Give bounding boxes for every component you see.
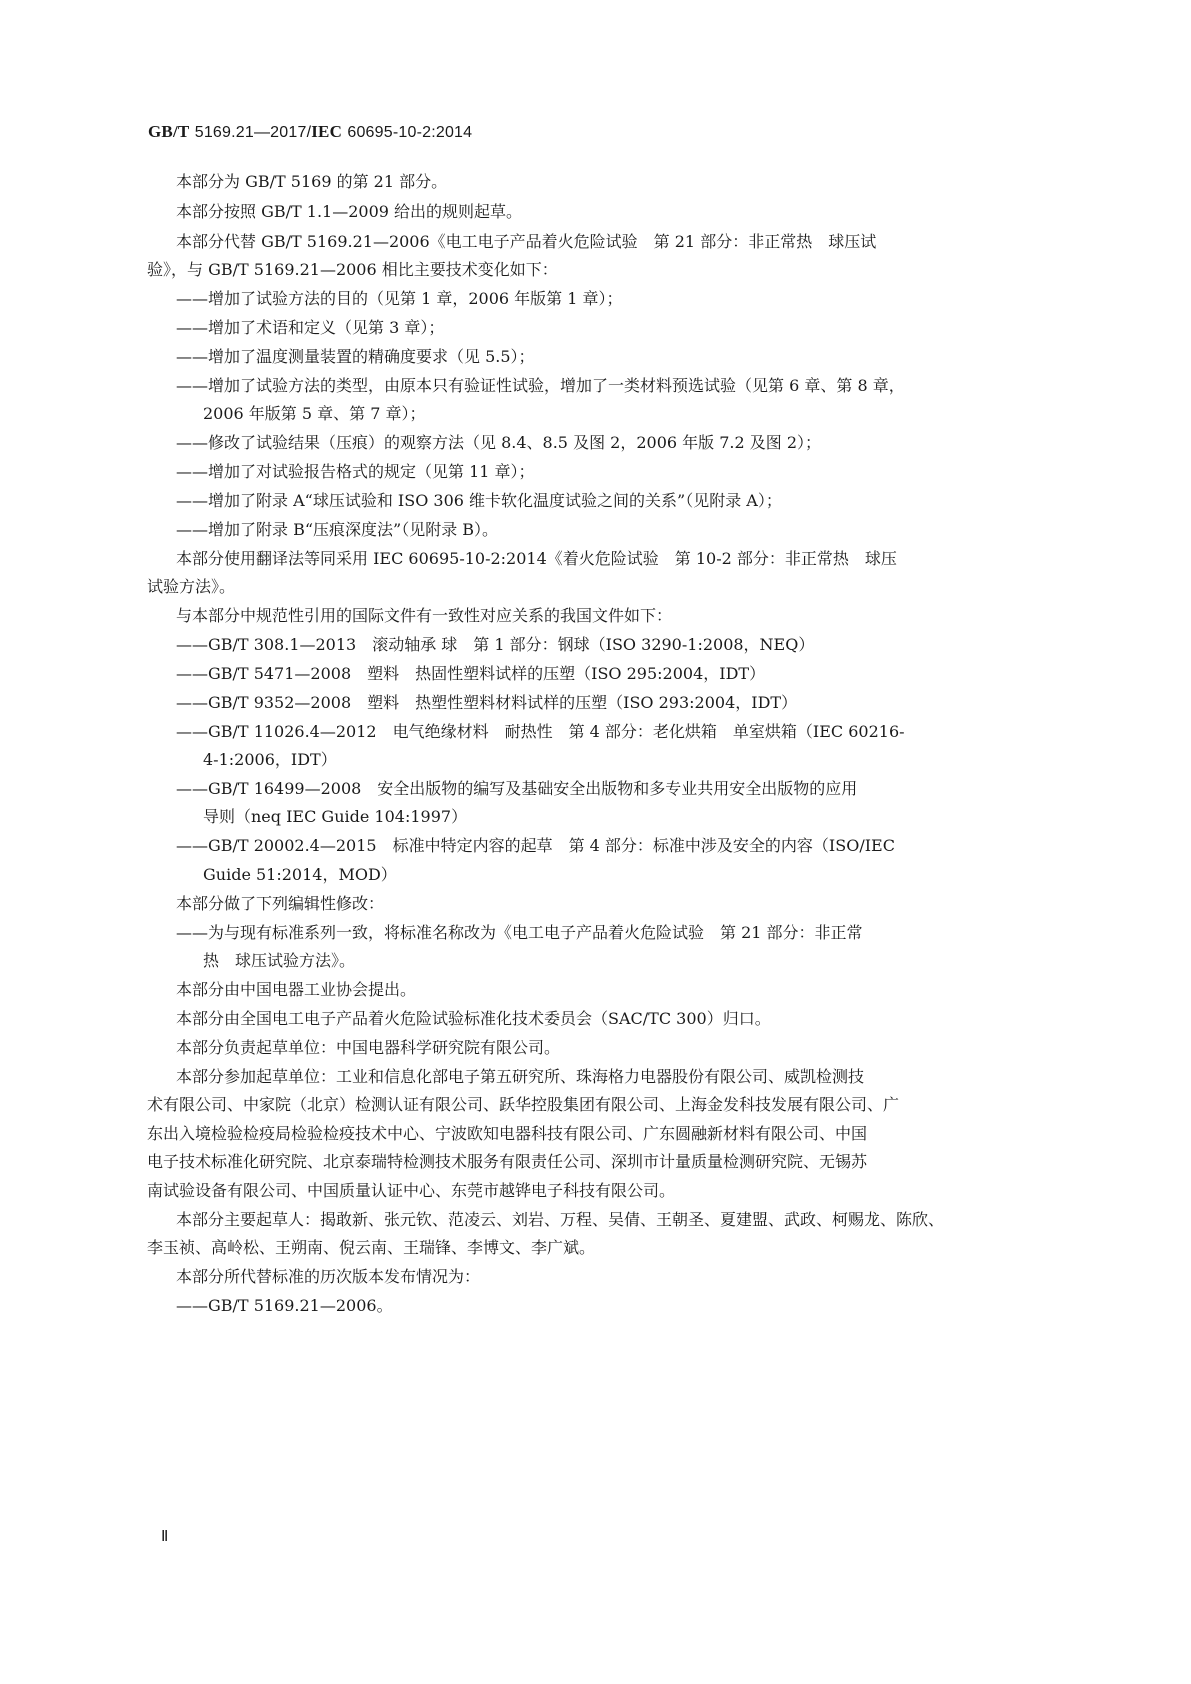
text-line: ——增加了试验方法的目的（见第 1 章，2006 年版第 1 章）； xyxy=(176,289,623,309)
text-line: 与本部分中规范性引用的国际文件有一致性对应关系的我国文件如下： xyxy=(176,606,672,626)
standard-number: 5169.21—2017/ xyxy=(195,124,311,141)
text-line: 热 球压试验方法》。 xyxy=(203,951,355,971)
text-line: 本部分代替 GB/T 5169.21—2006《电工电子产品着火危险试验 第 2… xyxy=(176,232,876,252)
text-line: 2006 年版第 5 章、第 7 章）； xyxy=(203,404,426,424)
text-line: ——增加了温度测量装置的精确度要求（见 5.5）； xyxy=(176,347,535,367)
text-line: 本部分参加起草单位：工业和信息化部电子第五研究所、珠海格力电器股份有限公司、威凯… xyxy=(176,1067,864,1087)
text-line: 电子技术标准化研究院、北京泰瑞特检测技术服务有限责任公司、深圳市计量质量检测研究… xyxy=(147,1152,867,1172)
text-line: ——GB/T 308.1—2013 滚动轴承 球 第 1 部分：钢球（ISO 3… xyxy=(176,635,814,655)
standard-prefix: GB/T xyxy=(148,122,189,141)
text-line: ——修改了试验结果（压痕）的观察方法（见 8.4、8.5 及图 2，2006 年… xyxy=(176,433,821,453)
text-line: 本部分按照 GB/T 1.1—2009 给出的规则起草。 xyxy=(176,202,522,222)
text-line: ——增加了术语和定义（见第 3 章）； xyxy=(176,318,444,338)
page-number: Ⅱ xyxy=(161,1527,168,1546)
text-line: ——增加了附录 B“压痕深度法”（见附录 B）。 xyxy=(176,520,498,540)
text-line: 4-1:2006，IDT） xyxy=(203,750,337,770)
text-line: ——GB/T 9352—2008 塑料 热塑性塑料材料试样的压塑（ISO 293… xyxy=(176,693,797,713)
text-line: ——GB/T 5169.21—2006。 xyxy=(176,1296,393,1316)
text-line: 本部分由中国电器工业协会提出。 xyxy=(176,980,416,1000)
text-line: ——GB/T 5471—2008 塑料 热固性塑料试样的压塑（ISO 295:2… xyxy=(176,664,765,684)
text-line: ——增加了附录 A“球压试验和 ISO 306 维卡软化温度试验之间的关系”（见… xyxy=(176,491,782,511)
text-line: 验》，与 GB/T 5169.21—2006 相比主要技术变化如下： xyxy=(147,260,558,280)
text-line: ——GB/T 11026.4—2012 电气绝缘材料 耐热性 第 4 部分：老化… xyxy=(176,722,905,742)
text-line: 本部分做了下列编辑性修改： xyxy=(176,894,384,914)
text-line: 术有限公司、中家院（北京）检测认证有限公司、跃华控股集团有限公司、上海金发科技发… xyxy=(147,1095,899,1115)
text-line: 本部分由全国电工电子产品着火危险试验标准化技术委员会（SAC/TC 300）归口… xyxy=(176,1009,771,1029)
text-line: 本部分负责起草单位：中国电器科学研究院有限公司。 xyxy=(176,1038,560,1058)
iec-number: 60695-10-2:2014 xyxy=(347,124,472,141)
text-line: Guide 51:2014，MOD） xyxy=(203,865,397,885)
text-line: 李玉祯、高岭松、王朔南、倪云南、王瑞锋、李博文、李广斌。 xyxy=(147,1238,595,1258)
text-line: 试验方法》。 xyxy=(147,577,235,597)
iec-prefix: IEC xyxy=(311,122,342,141)
text-line: ——GB/T 20002.4—2015 标准中特定内容的起草 第 4 部分：标准… xyxy=(176,836,895,856)
text-line: 本部分为 GB/T 5169 的第 21 部分。 xyxy=(176,172,447,192)
text-line: 本部分主要起草人：揭敢新、张元钦、范凌云、刘岩、万程、吴倩、王朝圣、夏建盟、武政… xyxy=(176,1210,944,1230)
text-line: 南试验设备有限公司、中国质量认证中心、东莞市越铧电子科技有限公司。 xyxy=(147,1181,675,1201)
text-line: 东出入境检验检疫局检验检疫技术中心、宁波欧知电器科技有限公司、广东圆融新材料有限… xyxy=(147,1124,867,1144)
text-line: 导则（neq IEC Guide 104:1997） xyxy=(203,807,467,827)
text-line: 本部分使用翻译法等同采用 IEC 60695-10-2:2014《着火危险试验 … xyxy=(176,549,897,569)
text-line: ——增加了对试验报告格式的规定（见第 11 章）； xyxy=(176,462,535,482)
text-line: ——为与现有标准系列一致，将标准名称改为《电工电子产品着火危险试验 第 21 部… xyxy=(176,923,863,943)
text-line: ——GB/T 16499—2008 安全出版物的编写及基础安全出版物和多专业共用… xyxy=(176,779,857,799)
text-line: ——增加了试验方法的类型，由原本只有验证性试验，增加了一类材料预选试验（见第 6… xyxy=(176,376,905,396)
text-line: 本部分所代替标准的历次版本发布情况为： xyxy=(176,1267,480,1287)
document-header: GB/T 5169.21—2017/IEC 60695-10-2:2014 xyxy=(148,122,472,142)
